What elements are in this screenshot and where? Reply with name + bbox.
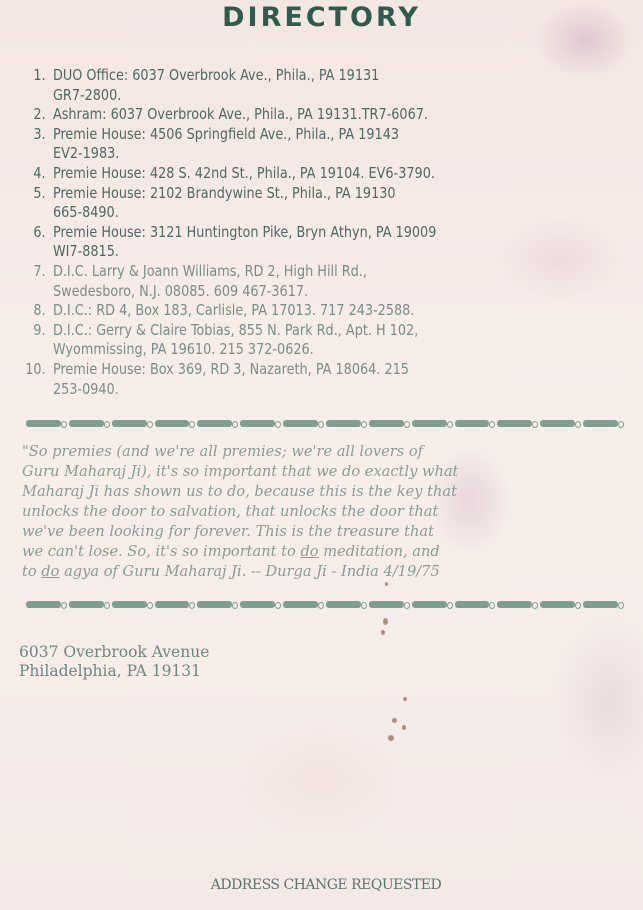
directory-list: 1.DUO Office: 6037 Overbrook Ave., Phila… <box>18 66 643 399</box>
divider-segment <box>540 601 575 608</box>
entry-number: 9. <box>18 321 46 341</box>
divider-segment <box>369 420 404 427</box>
paper-stain <box>388 735 394 741</box>
entry-number: 5. <box>18 184 46 204</box>
divider-segment <box>583 420 618 427</box>
divider-segment <box>455 420 490 427</box>
divider-segment <box>197 601 232 608</box>
ornamental-divider-bottom <box>22 599 622 609</box>
paper-stain <box>383 618 388 625</box>
paper-stain <box>385 582 388 586</box>
quote-line: we've been looking for forever. This is … <box>22 523 434 540</box>
quote-line: Maharaj Ji has shown us to do, because t… <box>22 483 457 500</box>
entry-text: D.I.C.: Gerry & Claire Tobias, 855 N. Pa… <box>53 321 418 359</box>
paper-stain <box>381 630 385 635</box>
directory-entry: 3.Premie House: 4506 Springfield Ave., P… <box>18 125 643 164</box>
address-change-endorsement: ADDRESS CHANGE REQUESTED <box>0 877 643 893</box>
return-address: 6037 Overbrook Avenue Philadelphia, PA 1… <box>19 643 209 681</box>
entry-text: Premie House: 428 S. 42nd St., Phila., P… <box>53 164 435 182</box>
entry-number: 4. <box>18 164 46 184</box>
quote-line: Guru Maharaj Ji), it's so important that… <box>22 463 458 480</box>
divider-segment <box>412 601 447 608</box>
quote-line: "So premies (and we're all premies; we'r… <box>22 443 423 460</box>
entry-text: Premie House: 3121 Huntington Pike, Bryn… <box>53 223 436 261</box>
entry-number: 2. <box>18 105 46 125</box>
directory-entry: 6.Premie House: 3121 Huntington Pike, Br… <box>18 223 643 262</box>
quote-line: meditation, and <box>319 543 440 560</box>
ornamental-divider-top <box>22 418 622 428</box>
divider-segment <box>497 601 532 608</box>
entry-text: D.I.C.: RD 4, Box 183, Carlisle, PA 1701… <box>53 301 414 319</box>
entry-number: 3. <box>18 125 46 145</box>
divider-segment <box>112 601 147 608</box>
quote-attribution: agya of Guru Maharaj Ji. -- Durga Ji - I… <box>59 563 439 580</box>
entry-text: Premie House: 2102 Brandywine St., Phila… <box>53 184 396 222</box>
entry-text: DUO Office: 6037 Overbrook Ave., Phila.,… <box>53 66 379 104</box>
divider-segment <box>326 601 361 608</box>
directory-entry: 2.Ashram: 6037 Overbrook Ave., Phila., P… <box>18 105 643 125</box>
entry-text: Ashram: 6037 Overbrook Ave., Phila., PA … <box>53 105 428 123</box>
entry-number: 6. <box>18 223 46 243</box>
entry-number: 7. <box>18 262 46 282</box>
divider-segment <box>455 601 490 608</box>
entry-number: 1. <box>18 66 46 86</box>
divider-segment <box>540 420 575 427</box>
divider-segment <box>369 601 404 608</box>
directory-entry: 5.Premie House: 2102 Brandywine St., Phi… <box>18 184 643 223</box>
return-address-street: 6037 Overbrook Avenue <box>19 643 209 661</box>
entry-text: Premie House: 4506 Springfield Ave., Phi… <box>53 125 399 163</box>
divider-segment <box>412 420 447 427</box>
divider-segment <box>497 420 532 427</box>
divider-segment <box>26 601 61 608</box>
entry-number: 10. <box>18 360 46 380</box>
divider-segment <box>240 420 275 427</box>
entry-text: D.I.C. Larry & Joann Williams, RD 2, Hig… <box>53 262 367 300</box>
paper-stain <box>403 697 407 701</box>
quote-line: we can't lose. So, it's so important to <box>22 543 300 560</box>
directory-entry: 4.Premie House: 428 S. 42nd St., Phila.,… <box>18 164 643 184</box>
quote-emphasis: do <box>300 543 318 560</box>
directory-entry: 7.D.I.C. Larry & Joann Williams, RD 2, H… <box>18 262 643 301</box>
entry-number: 8. <box>18 301 46 321</box>
quote-emphasis: do <box>41 563 59 580</box>
divider-segment <box>155 420 190 427</box>
quote-line: to <box>22 563 41 580</box>
return-address-city: Philadelphia, PA 19131 <box>19 662 201 680</box>
divider-segment <box>283 420 318 427</box>
page-title: DIRECTORY <box>0 2 643 33</box>
divider-segment <box>326 420 361 427</box>
paper-stain <box>402 725 406 730</box>
quote-block: "So premies (and we're all premies; we'r… <box>22 442 622 582</box>
entry-text: Premie House: Box 369, RD 3, Nazareth, P… <box>53 360 409 398</box>
divider-segment <box>112 420 147 427</box>
divider-segment <box>583 601 618 608</box>
paper-stain <box>392 718 397 723</box>
divider-segment <box>197 420 232 427</box>
directory-entry: 8.D.I.C.: RD 4, Box 183, Carlisle, PA 17… <box>18 301 643 321</box>
divider-segment <box>69 601 104 608</box>
divider-segment <box>283 601 318 608</box>
divider-segment <box>26 420 61 427</box>
quote-line: unlocks the door to salvation, that unlo… <box>22 503 438 520</box>
directory-entry: 9.D.I.C.: Gerry & Claire Tobias, 855 N. … <box>18 321 643 360</box>
divider-segment <box>69 420 104 427</box>
divider-segment <box>240 601 275 608</box>
directory-entry: 10.Premie House: Box 369, RD 3, Nazareth… <box>18 360 643 399</box>
directory-entry: 1.DUO Office: 6037 Overbrook Ave., Phila… <box>18 66 643 105</box>
divider-segment <box>155 601 190 608</box>
